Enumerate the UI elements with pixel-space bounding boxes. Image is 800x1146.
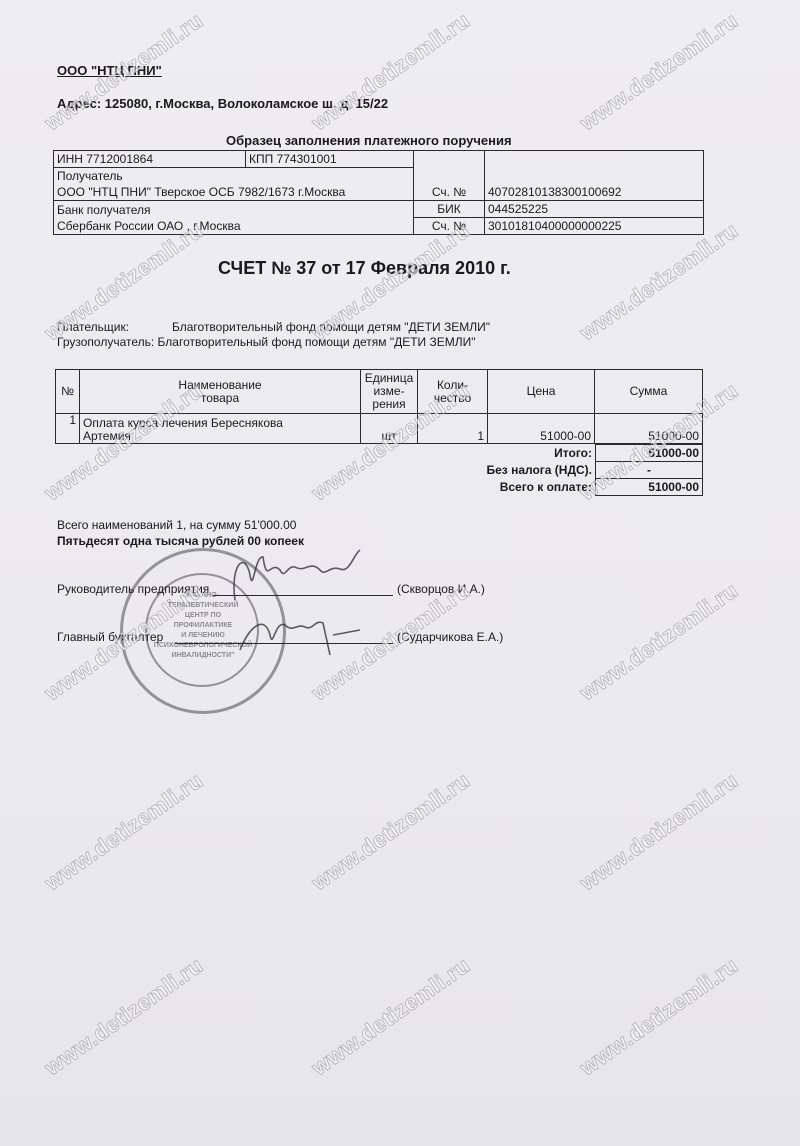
totals-table: Итого: 51000-00 Без налога (НДС). - Всег… [380, 444, 703, 496]
header-sum: Сумма [595, 370, 703, 414]
accountant-label: Главный бухгалтер [57, 630, 163, 644]
payment-sample-title: Образец заполнения платежного поручения [226, 133, 512, 148]
director-name: (Скворцов И.А.) [397, 582, 485, 596]
row-price: 51000-00 [488, 414, 595, 444]
watermark-text: www.detizemli.ru [575, 768, 743, 896]
bik-value: 044525225 [485, 201, 704, 218]
vat-value: - [596, 462, 703, 479]
accountant-signature-icon [235, 605, 365, 665]
director-signature-icon [225, 545, 375, 605]
director-signature-row: Руководитель предприятия [57, 582, 209, 596]
watermark-text: www.detizemli.ru [307, 953, 475, 1081]
vat-label: Без налога (НДС). [380, 462, 596, 479]
total-value: 51000-00 [596, 445, 703, 462]
company-address: Адрес: 125080, г.Москва, Волоколамское ш… [57, 96, 388, 111]
account-value: 40702810138300100692 [485, 184, 704, 201]
recipient-label: Получатель [54, 168, 414, 185]
due-value: 51000-00 [596, 479, 703, 496]
header-name: Наименованиетовара [80, 370, 361, 414]
summary-count: Всего наименований 1, на сумму 51'000.00 [57, 518, 296, 532]
watermark-text: www.detizemli.ru [575, 953, 743, 1081]
account-label: Сч. № [414, 184, 485, 201]
consignee-label: Грузополучатель: [57, 335, 154, 349]
inn-cell: ИНН 7712001864 [54, 151, 246, 168]
corr-account-value: 30101810400000000225 [485, 218, 704, 235]
consignee-value: Благотворительный фонд помощи детям "ДЕТ… [158, 335, 476, 349]
items-table: № Наименованиетовара Единицаизме-рения К… [55, 369, 703, 444]
header-price: Цена [488, 370, 595, 414]
watermark-text: www.detizemli.ru [40, 768, 208, 896]
account-label-spacer [414, 151, 485, 168]
company-name: ООО "НТЦ ПНИ" [57, 63, 162, 78]
header-unit: Единицаизме-рения [361, 370, 418, 414]
table-row: 1 Оплата курса лечения БересняковаАртеми… [56, 414, 703, 444]
scanned-invoice-page: ООО "НТЦ ПНИ" Адрес: 125080, г.Москва, В… [0, 0, 800, 1146]
watermark-text: www.detizemli.ru [307, 768, 475, 896]
row-unit: шт [361, 414, 418, 444]
accountant-name: (Сударчикова Е.А.) [397, 630, 503, 644]
account-value-spacer [485, 151, 704, 168]
bik-label: БИК [414, 201, 485, 218]
items-table-header: № Наименованиетовара Единицаизме-рения К… [56, 370, 703, 414]
recipient-value: ООО "НТЦ ПНИ" Тверское ОСБ 7982/1673 г.М… [54, 184, 414, 201]
header-num: № [56, 370, 80, 414]
header-qty: Коли-чество [418, 370, 488, 414]
watermark-text: www.detizemli.ru [307, 8, 475, 136]
spacer [485, 168, 704, 185]
watermark-text: www.detizemli.ru [575, 578, 743, 706]
bank-details-table: ИНН 7712001864 КПП 774301001 Получатель … [53, 150, 704, 235]
watermark-text: www.detizemli.ru [575, 8, 743, 136]
row-qty: 1 [418, 414, 488, 444]
invoice-title: СЧЕТ № 37 от 17 Февраля 2010 г. [218, 258, 511, 279]
row-num: 1 [56, 414, 80, 444]
payer-label: Плательщик: [57, 320, 172, 335]
kpp-cell: КПП 774301001 [246, 151, 414, 168]
total-label: Итого: [380, 445, 596, 462]
director-label: Руководитель предприятия [57, 582, 209, 596]
due-label: Всего к оплате: [380, 479, 596, 496]
payer-block: Плательщик:Благотворительный фонд помощи… [57, 320, 490, 350]
watermark-text: www.detizemli.ru [40, 953, 208, 1081]
bank-value: Сбербанк России ОАО , г.Москва [54, 218, 414, 235]
row-sum: 51000-00 [595, 414, 703, 444]
row-name: Оплата курса лечения БересняковаАртемия [80, 414, 361, 444]
accountant-signature-row: Главный бухгалтер [57, 630, 163, 644]
spacer [414, 168, 485, 185]
payer-value: Благотворительный фонд помощи детям "ДЕТ… [172, 320, 490, 334]
corr-account-label: Сч. № [414, 218, 485, 235]
bank-label: Банк получателя [54, 201, 414, 218]
watermark-text: www.detizemli.ru [575, 218, 743, 346]
